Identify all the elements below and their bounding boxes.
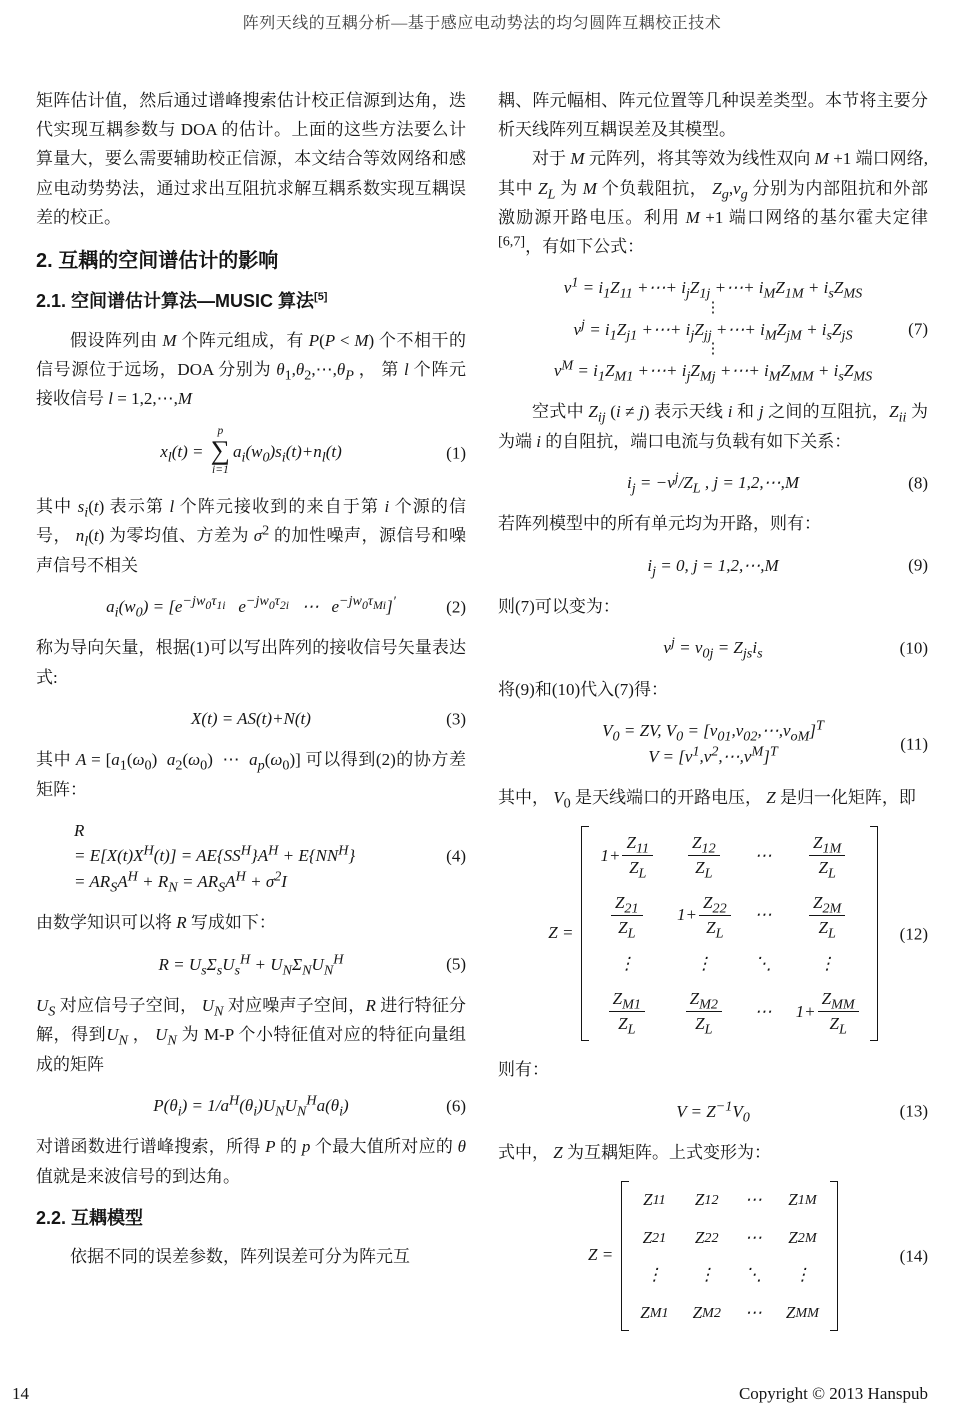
paragraph-intro-continued: 矩阵估计值，然后通过谱峰搜索估计校正信源到达角，迭代实现互耦参数与 DOA 的估… <box>36 86 466 232</box>
equation-line: = E[X(t)XH(t)] = AE{SSH}AH + E{NNH} <box>74 843 432 869</box>
equation-tag: (10) <box>900 635 928 661</box>
equation-tag: (2) <box>446 594 466 620</box>
paragraph-steering-vector: 称为导向矢量，根据(1)可以写出阵列的接收信号矢量表达式: <box>36 633 466 691</box>
matrix-bracket-right <box>870 826 878 1041</box>
paragraph-r-decomposition: 由数学知识可以将 R 写成如下： <box>36 908 466 937</box>
matrix-grid: 1+Z11ZLZ12ZL⋯Z1MZLZ21ZL1+Z22ZL⋯Z2MZL⋮⋮⋱⋮… <box>596 826 862 1041</box>
equation-4: R = E[X(t)XH(t)] = AE{SSH}AH + E{NNH} = … <box>36 818 466 895</box>
paragraph-covariance: 其中 A = [a1(ω0) a2(ω0) ⋯ ap(ω0)] 可以得到(2)的… <box>36 745 466 803</box>
matrix-container: 1+Z11ZLZ12ZL⋯Z1MZLZ21ZL1+Z22ZL⋯Z2MZL⋮⋮⋱⋮… <box>581 923 877 942</box>
equation-9: ij = 0, j = 1,2,⋯,M (9) <box>498 553 928 579</box>
matrix-bracket-right <box>830 1181 838 1331</box>
matrix-cell: ZM2 <box>693 1300 721 1326</box>
equation-tag: (5) <box>446 952 466 978</box>
equation-7: v1 = i1Z11 +⋯+ ijZ1j +⋯+ iMZ1M + isZMS ⋮… <box>498 275 928 383</box>
equation-tag: (4) <box>446 843 466 869</box>
matrix-cell: ⋯ <box>745 1225 762 1251</box>
equation-3: X(t) = AS(t)+N(t) (3) <box>36 706 466 732</box>
fraction-denominator: ZL <box>618 916 635 939</box>
matrix-cell: ZMM <box>786 1300 819 1326</box>
equation-body: ij = −vj/ZL , j = 1,2,⋯,M <box>627 473 799 492</box>
matrix-cell: ⋮ <box>618 951 635 977</box>
equation-body: V = Z−1V0 <box>676 1102 750 1121</box>
equation-tag: (11) <box>900 731 928 757</box>
left-column: 矩阵估计值，然后通过谱峰搜索估计校正信源到达角，迭代实现互耦参数与 DOA 的估… <box>36 86 466 1271</box>
fraction-numerator: Z22 <box>699 892 731 916</box>
fraction: ZM2ZL <box>686 988 722 1035</box>
equation-tag: (9) <box>908 553 928 579</box>
matrix-cell: Z1MZL <box>809 832 845 879</box>
matrix-cell: 1+Z11ZL <box>600 832 653 879</box>
fraction-denominator: ZL <box>819 916 836 939</box>
matrix: 1+Z11ZLZ12ZL⋯Z1MZLZ21ZL1+Z22ZL⋯Z2MZL⋮⋮⋱⋮… <box>581 826 877 1041</box>
fraction: ZM1ZL <box>609 988 645 1035</box>
matrix-cell: ⋮ <box>698 1262 715 1288</box>
equation-tag: (3) <box>446 706 466 732</box>
matrix-cell: Z2M <box>788 1225 816 1251</box>
vertical-dots: ⋮ <box>532 342 894 358</box>
heading-text: 2.1. 空间谱估计算法—MUSIC 算法 <box>36 291 314 311</box>
fraction-numerator: Z12 <box>688 832 720 856</box>
fraction: ZMMZL <box>818 988 859 1035</box>
matrix-cell: 1+Z22ZL <box>677 892 731 939</box>
equation-14: Z =Z11Z12⋯Z1MZ21Z22⋯Z2M⋮⋮⋱⋮ZM1ZM2⋯ZMM (1… <box>498 1181 928 1331</box>
equation-rhs: ai(w0)si(t)+nl(t) <box>233 442 342 461</box>
equation-tag: (7) <box>908 317 928 343</box>
paragraph-open-circuit: 若阵列模型中的所有单元均为开路，则有： <box>498 509 928 538</box>
equation-line: v1 = i1Z11 +⋯+ ijZ1j +⋯+ iMZ1M + isZMS <box>532 275 894 301</box>
equation-line: V = [v1,v2,⋯,vM]T <box>532 744 894 770</box>
matrix-lhs: Z = <box>588 1245 613 1264</box>
section-heading-2-2: 2.2. 互耦模型 <box>36 1207 466 1230</box>
summation-lower-limit: i=1 <box>212 464 229 477</box>
fraction-numerator: ZMM <box>818 988 859 1012</box>
equation-tag: (8) <box>908 470 928 496</box>
matrix-cell: 1+ZMMZL <box>796 988 859 1035</box>
equation-body: R = UsΣsUsH + UNΣNUNH <box>158 955 343 974</box>
paragraph-signal-noise: 其中 si(t) 表示第 l 个阵元接收到的来自于第 i 个源的信号， nl(t… <box>36 492 466 580</box>
fraction-denominator: ZL <box>830 1012 847 1035</box>
equation-tag: (6) <box>446 1093 466 1119</box>
page-number: 14 <box>12 1384 29 1404</box>
fraction-prefix: 1+ <box>600 843 620 869</box>
paragraph-then: 则有： <box>498 1055 928 1084</box>
equation-line: V0 = ZV, V0 = [v01,v02,⋯,voM]T <box>532 718 894 744</box>
paragraph-eq7-becomes: 则(7)可以变为： <box>498 592 928 621</box>
equation-line: vM = i1ZM1 +⋯+ ijZMj +⋯+ iMZMM + isZMS <box>532 358 894 384</box>
fraction: Z1MZL <box>809 832 845 879</box>
document-page: 阵列天线的互耦分析—基于感应电动势法的均匀圆阵互耦校正技术 矩阵估计值，然后通过… <box>0 0 964 1414</box>
matrix-cell: ZM1ZL <box>609 988 645 1035</box>
equation-2: ai(w0) = [e−jw0τ1i e−jw0τ2i ⋯ e−jw0τMi]′… <box>36 594 466 620</box>
matrix-cell: Z11 <box>643 1187 666 1213</box>
right-column: 耦、阵元幅相、阵元位置等几种误差类型。本节将主要分析天线阵列互耦误差及其模型。 … <box>498 86 928 1345</box>
equation-body: ij = 0, j = 1,2,⋯,M <box>647 556 778 575</box>
fraction-numerator: Z11 <box>622 832 653 856</box>
summation-symbol: p∑i=1 <box>211 425 230 476</box>
equation-line: = ARSAH + RN = ARSAH + σ2I <box>74 869 432 895</box>
paragraph-error-types: 依据不同的误差参数，阵列误差可分为阵元互 <box>36 1242 466 1271</box>
matrix-cell: ⋮ <box>794 1262 811 1288</box>
fraction-prefix: 1+ <box>677 902 697 928</box>
matrix-bracket-left <box>621 1181 629 1331</box>
paragraph-network-model: 对于 M 元阵列，将其等效为线性双向 M +1 端口网络,其中 ZL 为 M 个… <box>498 144 928 261</box>
fraction-numerator: ZM2 <box>686 988 722 1012</box>
fraction: Z2MZL <box>809 892 845 939</box>
matrix-cell: ⋮ <box>695 951 712 977</box>
fraction-denominator: ZL <box>819 856 836 879</box>
matrix-cell: ZM2ZL <box>686 988 722 1035</box>
equation-body: ai(w0) = [e−jw0τ1i e−jw0τ2i ⋯ e−jw0τMi]′ <box>106 597 396 616</box>
equation-body: vj = v0j = Zjsis <box>663 638 762 657</box>
matrix-cell: ⋯ <box>755 999 772 1025</box>
matrix-bracket-left <box>581 826 589 1041</box>
paragraph-music-setup: 假设阵列由 M 个阵元组成，有 P(P < M) 个不相干的信号源位于远场，DO… <box>36 326 466 414</box>
citation-ref-5: [5] <box>314 291 327 303</box>
equation-line: vj = i1Zj1 +⋯+ ijZjj +⋯+ iMZjM + isZjS <box>532 317 894 343</box>
paragraph-error-types-continued: 耦、阵元幅相、阵元位置等几种误差类型。本节将主要分析天线阵列互耦误差及其模型。 <box>498 86 928 144</box>
equation-1: xl(t) = p∑i=1ai(w0)si(t)+nl(t) (1) <box>36 427 466 478</box>
matrix-cell: ⋯ <box>755 843 772 869</box>
equation-5: R = UsΣsUsH + UNΣNUNH (5) <box>36 952 466 978</box>
fraction-denominator: ZL <box>695 1012 712 1035</box>
paragraph-coupling-matrix: 式中， Z 为互耦矩阵。上式变形为： <box>498 1138 928 1167</box>
equation-tag: (1) <box>446 440 466 466</box>
equation-line: R <box>74 818 432 844</box>
fraction: Z12ZL <box>688 832 720 879</box>
matrix-cell: ⋮ <box>646 1262 663 1288</box>
matrix-cell: ZM1 <box>640 1300 668 1326</box>
equation-8: ij = −vj/ZL , j = 1,2,⋯,M (8) <box>498 470 928 496</box>
fraction-numerator: ZM1 <box>609 988 645 1012</box>
matrix-cell: Z21ZL <box>611 892 643 939</box>
fraction: Z21ZL <box>611 892 643 939</box>
fraction-denominator: ZL <box>618 1012 635 1035</box>
section-heading-2-1: 2.1. 空间谱估计算法—MUSIC 算法[5] <box>36 290 466 313</box>
matrix-cell: ⋯ <box>745 1187 762 1213</box>
fraction: Z22ZL <box>699 892 731 939</box>
section-heading-2: 2. 互耦的空间谱估计的影响 <box>36 248 466 274</box>
matrix-lhs: Z = <box>548 923 573 942</box>
fraction-prefix: 1+ <box>796 999 816 1025</box>
equation-tag: (13) <box>900 1099 928 1125</box>
paragraph-substitute: 将(9)和(10)代入(7)得： <box>498 675 928 704</box>
matrix-cell: Z12ZL <box>688 832 720 879</box>
matrix-cell: ⋮ <box>819 951 836 977</box>
matrix-cell: ⋱ <box>755 951 772 977</box>
matrix-cell: ⋱ <box>745 1262 762 1288</box>
matrix-cell: Z12 <box>695 1187 719 1213</box>
matrix-container: Z11Z12⋯Z1MZ21Z22⋯Z2M⋮⋮⋱⋮ZM1ZM2⋯ZMM <box>621 1245 838 1264</box>
matrix-cell: Z2MZL <box>809 892 845 939</box>
matrix-cell: Z21 <box>643 1225 667 1251</box>
paragraph-subspace: US 对应信号子空间， UN 对应噪声子空间，R 进行特征分解，得到UN ， U… <box>36 991 466 1079</box>
page-header-title: 阵列天线的互耦分析—基于感应电动势法的均匀圆阵互耦校正技术 <box>0 10 964 33</box>
fraction-numerator: Z2M <box>809 892 845 916</box>
fraction-denominator: ZL <box>629 856 646 879</box>
equation-6: P(θi) = 1/aH(θi)UNUNHa(θi) (6) <box>36 1093 466 1119</box>
paragraph-normalized-matrix: 其中， V0 是天线端口的开路电压， Z 是归一化矩阵，即 <box>498 783 928 812</box>
equation-11: V0 = ZV, V0 = [v01,v02,⋯,voM]T V = [v1,v… <box>498 718 928 769</box>
equation-10: vj = v0j = Zjsis (10) <box>498 635 928 661</box>
equation-body: P(θi) = 1/aH(θi)UNUNHa(θi) <box>153 1096 348 1115</box>
matrix-cell: Z22 <box>695 1225 719 1251</box>
paragraph-peak-search: 对谱函数进行谱峰搜索，所得 P 的 p 个最大值所对应的 θ 值就是来波信号的到… <box>36 1132 466 1190</box>
vertical-dots: ⋮ <box>532 301 894 317</box>
fraction-numerator: Z1M <box>809 832 845 856</box>
matrix-cell: Z1M <box>788 1187 816 1213</box>
sigma-icon: ∑ <box>211 438 230 464</box>
paragraph-mutual-impedance: 空式中 Zij (i ≠ j) 表示天线 i 和 j 之间的互阻抗，Zii 为为… <box>498 397 928 455</box>
equation-12: Z =1+Z11ZLZ12ZL⋯Z1MZLZ21ZL1+Z22ZL⋯Z2MZL⋮… <box>498 826 928 1041</box>
equation-body: X(t) = AS(t)+N(t) <box>191 709 311 728</box>
equation-tag: (14) <box>900 1244 928 1270</box>
matrix-cell: ⋯ <box>745 1300 762 1326</box>
matrix: Z11Z12⋯Z1MZ21Z22⋯Z2M⋮⋮⋱⋮ZM1ZM2⋯ZMM <box>621 1181 838 1331</box>
fraction-denominator: ZL <box>695 856 712 879</box>
equation-13: V = Z−1V0 (13) <box>498 1099 928 1125</box>
fraction-numerator: Z21 <box>611 892 643 916</box>
fraction-denominator: ZL <box>706 916 723 939</box>
fraction: Z11ZL <box>622 832 653 879</box>
copyright: Copyright © 2013 Hanspub <box>739 1384 928 1404</box>
matrix-grid: Z11Z12⋯Z1MZ21Z22⋯Z2M⋮⋮⋱⋮ZM1ZM2⋯ZMM <box>636 1181 823 1331</box>
equation-tag: (12) <box>900 921 928 947</box>
matrix-cell: ⋯ <box>755 902 772 928</box>
equation-lhs: xl(t) = <box>160 442 208 461</box>
